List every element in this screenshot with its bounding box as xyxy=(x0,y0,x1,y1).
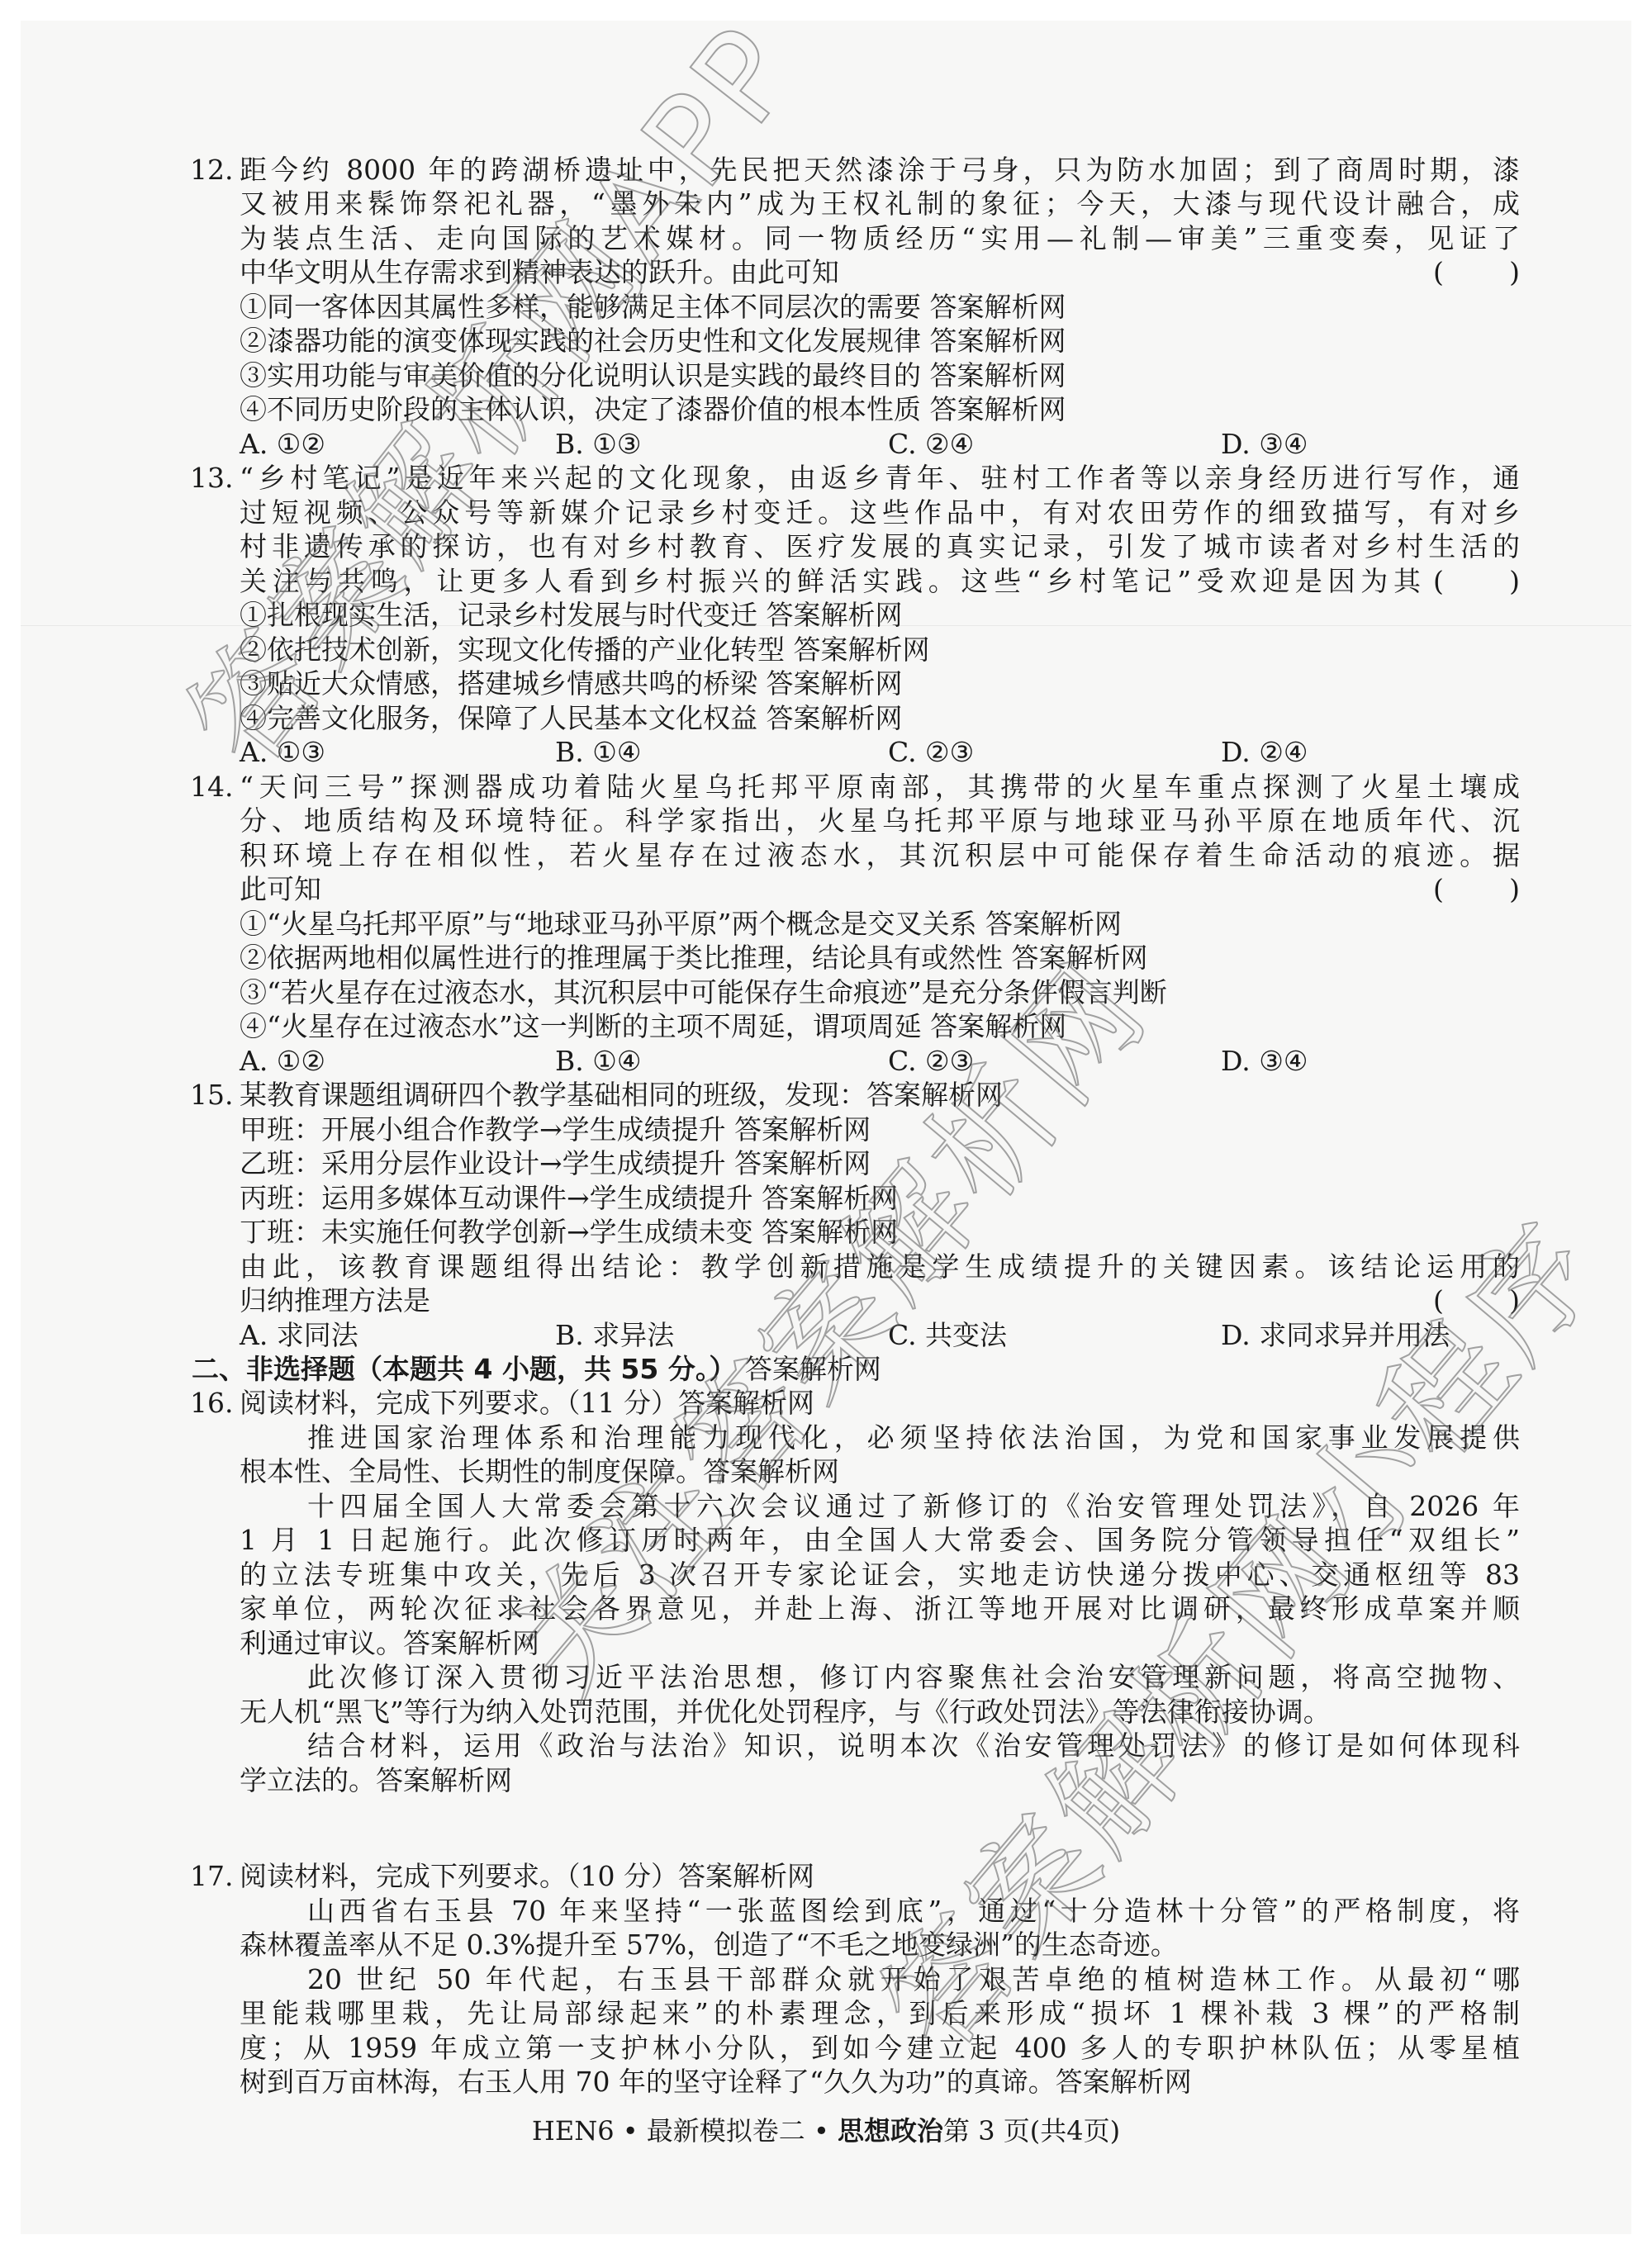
statement: ③实用功能与审美价值的分化说明认识是实践的最终目的 答案解析网 xyxy=(240,358,1066,392)
material-line: 推进国家治理体系和治理能力现代化，必须坚持依法治国，为党和国家事业发展提供 xyxy=(307,1421,1520,1454)
option-b[interactable]: B. 求异法 xyxy=(555,1318,674,1352)
material-line: 家单位，两轮次征求社会各界意见，并赴上海、浙江等地开展对比调研，最终形成草案并顺 xyxy=(240,1592,1520,1625)
question-number: 12. xyxy=(190,153,233,187)
option-c[interactable]: C. 共变法 xyxy=(888,1318,1007,1352)
option-a[interactable]: A. ①③ xyxy=(240,735,325,769)
option-d[interactable]: D. ③④ xyxy=(1221,427,1308,461)
question-number: 15. xyxy=(190,1078,233,1112)
answer-blank[interactable]: ( ) xyxy=(1433,255,1520,289)
question-stem-line: 又被用来髹饰祭祀礼器，“墨外朱内”成为王权礼制的象征；今天，大漆与现代设计融合，… xyxy=(240,187,1520,221)
statement: ②依托技术创新，实现文化传播的产业化转型 答案解析网 xyxy=(240,633,930,667)
material-line: 十四届全国人大常委会第十六次会议通过了新修订的《治安管理处罚法》，自 2026 … xyxy=(307,1489,1520,1523)
statement: ③“若火星存在过液态水，其沉积层中可能保存生命痕迹”是充分条件假言判断 xyxy=(240,975,1167,1009)
material-line: 山西省右玉县 70 年来坚持“一张蓝图绘到底”，通过“十分造林十分管”的严格制度… xyxy=(307,1894,1520,1928)
question-stem-line: 为装点生活、走向国际的艺术媒材。同一物质经历“实用—礼制—审美”三重变奏，见证了 xyxy=(240,221,1520,255)
option-b[interactable]: B. ①④ xyxy=(555,1044,641,1078)
paren-open: ( xyxy=(1433,1283,1444,1317)
question-requirement: 结合材料，运用《政治与法治》知识，说明本次《治安管理处罚法》的修订是如何体现科 xyxy=(307,1729,1520,1762)
question-stem-line: 积环境上存在相似性，若火星存在过液态水，其沉积层中可能保存着生命活动的痕迹。据 xyxy=(240,838,1520,872)
question-stem-line: 距今约 8000 年的跨湖桥遗址中，先民把天然漆涂于弓身，只为防水加固；到了商周… xyxy=(240,153,1520,187)
question-stem-line: 中华文明从生存需求到精神表达的跃升。由此可知 xyxy=(240,255,839,289)
footer-separator: • xyxy=(623,2115,638,2147)
answer-area[interactable] xyxy=(240,1800,1520,1850)
question-stem-line: 由此，该教育课题组得出结论：教学创新措施是学生成绩提升的关键因素。该结论运用的 xyxy=(240,1250,1520,1283)
material-line: 的立法专班集中攻关，先后 3 次召开专家论证会，实地走访快递分拨中心、交通枢纽等… xyxy=(240,1558,1520,1592)
question-number: 13. xyxy=(190,461,233,495)
option-d[interactable]: D. ③④ xyxy=(1221,1044,1308,1078)
material-line: 里能栽哪里栽，先让局部绿起来”的朴素理念，到后来形成“损坏 1 棵补栽 3 棵”… xyxy=(240,1996,1520,2030)
option-a[interactable]: A. ①② xyxy=(240,1044,325,1078)
answer-blank[interactable]: ( ) xyxy=(1433,564,1520,598)
statement: ④完善文化服务，保障了人民基本文化权益 答案解析网 xyxy=(240,701,903,735)
statement: ②依据两地相似属性进行的推理属于类比推理，结论具有或然性 答案解析网 xyxy=(240,941,1148,975)
question-number: 14. xyxy=(190,770,233,804)
footer-separator: • xyxy=(814,2115,829,2147)
exam-subject: 思想政治 xyxy=(838,2115,943,2147)
question-stem-line: “乡村笔记”是近年来兴起的文化现象，由返乡青年、驻村工作者等以亲身经历进行写作，… xyxy=(240,461,1520,495)
statement: ④“火星存在过液态水”这一判断的主项不周延，谓项周延 答案解析网 xyxy=(240,1009,1066,1043)
paren-open: ( xyxy=(1433,255,1444,289)
class-finding-jia: 甲班：开展小组合作教学→学生成绩提升 答案解析网 xyxy=(240,1113,871,1146)
material-line: 20 世纪 50 年代起，右玉县干部群众就开始了艰苦卓绝的植树造林工作。从最初“… xyxy=(307,1962,1520,1996)
question-requirement: 学立法的。答案解析网 xyxy=(240,1763,512,1797)
section-title: 二、非选择题（本题共 4 小题，共 55 分。） xyxy=(192,1353,736,1385)
option-a[interactable]: A. 求同法 xyxy=(240,1318,358,1352)
option-a[interactable]: A. ①② xyxy=(240,427,325,461)
question-stem-line: 此可知 xyxy=(240,872,321,906)
material-line: 无人机“黑飞”等行为纳入处罚范围，并优化处罚程序，与《行政处罚法》等法律衔接协调… xyxy=(240,1695,1331,1729)
question-stem-line: 村非遗传承的探访，也有对乡村教育、医疗发展的真实记录，引发了城市读者对乡村生活的 xyxy=(240,529,1520,563)
question-stem-line: 分、地质结构及环境特征。科学家指出，火星乌托邦平原与地球亚马孙平原在地质年代、沉 xyxy=(240,804,1520,837)
page-footer: HEN6 • 最新模拟卷二 • 思想政治第 3 页(共4页) xyxy=(0,2114,1652,2147)
paren-close: ) xyxy=(1509,1283,1520,1317)
question-number: 16. xyxy=(190,1386,233,1420)
material-line: 度；从 1959 年成立第一支护林小分队，到如今建立起 400 多人的专职护林队… xyxy=(240,2031,1520,2065)
statement: ①扎根现实生活，记录乡村发展与时代变迁 答案解析网 xyxy=(240,598,903,632)
material-line: 1 月 1 日起施行。此次修订历时两年，由全国人大常委会、国务院分管领导担任“双… xyxy=(240,1523,1520,1557)
option-d[interactable]: D. ②④ xyxy=(1221,735,1308,769)
exam-series: 最新模拟卷二 xyxy=(647,2115,805,2147)
material-line: 根本性、全局性、长期性的制度保障。答案解析网 xyxy=(240,1454,839,1488)
class-finding-bing: 丙班：运用多媒体互动课件→学生成绩提升 答案解析网 xyxy=(240,1181,898,1215)
class-finding-ding: 丁班：未实施任何教学创新→学生成绩未变 答案解析网 xyxy=(240,1215,898,1249)
question-stem-line: 关注与共鸣，让更多人看到乡村振兴的鲜活实践。这些“乡村笔记”受欢迎是因为其 xyxy=(240,564,1421,598)
statement: ③贴近大众情感，搭建城乡情感共鸣的桥梁 答案解析网 xyxy=(240,667,903,700)
statement: ④不同历史阶段的主体认识，决定了漆器价值的根本性质 答案解析网 xyxy=(240,392,1066,426)
question-prompt: 阅读材料，完成下列要求。（10 分）答案解析网 xyxy=(240,1859,814,1893)
material-line: 树到百万亩林海，右玉人用 70 年的坚守诠释了“久久为功”的真谛。答案解析网 xyxy=(240,2065,1192,2099)
paren-open: ( xyxy=(1433,872,1444,906)
question-stem-line: “天问三号”探测器成功着陆火星乌托邦平原南部，其携带的火星车重点探测了火星土壤成 xyxy=(240,770,1520,804)
option-c[interactable]: C. ②③ xyxy=(888,1044,974,1078)
question-prompt: 阅读材料，完成下列要求。（11 分）答案解析网 xyxy=(240,1386,814,1420)
question-number: 17. xyxy=(190,1859,233,1893)
paren-close: ) xyxy=(1509,255,1520,289)
paren-close: ) xyxy=(1509,564,1520,598)
section-suffix: 答案解析网 xyxy=(745,1353,881,1385)
material-line: 森林覆盖率从不足 0.3%提升至 57%，创造了“不毛之地变绿洲”的生态奇迹。 xyxy=(240,1928,1178,1962)
question-stem-line: 某教育课题组调研四个教学基础相同的班级，发现：答案解析网 xyxy=(240,1078,1003,1112)
question-stem-line: 过短视频、公众号等新媒介记录乡村变迁。这些作品中，有对农田劳作的细致描写，有对乡 xyxy=(240,496,1520,529)
page-indicator: 第 3 页(共4页) xyxy=(943,2115,1120,2147)
exam-code: HEN6 xyxy=(532,2115,615,2147)
option-b[interactable]: B. ①④ xyxy=(555,735,641,769)
statement: ①同一客体因其属性多样，能够满足主体不同层次的需要 答案解析网 xyxy=(240,290,1066,324)
question-stem-line: 归纳推理方法是 xyxy=(240,1283,430,1317)
option-b[interactable]: B. ①③ xyxy=(555,427,641,461)
option-c[interactable]: C. ②④ xyxy=(888,427,974,461)
material-line: 利通过审议。答案解析网 xyxy=(240,1626,539,1660)
section-header: 二、非选择题（本题共 4 小题，共 55 分。） 答案解析网 xyxy=(192,1352,881,1386)
class-finding-yi: 乙班：采用分层作业设计→学生成绩提升 答案解析网 xyxy=(240,1146,871,1180)
option-c[interactable]: C. ②③ xyxy=(888,735,974,769)
paren-open: ( xyxy=(1433,564,1444,598)
statement: ②漆器功能的演变体现实践的社会历史性和文化发展规律 答案解析网 xyxy=(240,324,1066,358)
statement: ①“火星乌托邦平原”与“地球亚马孙平原”两个概念是交叉关系 答案解析网 xyxy=(240,907,1122,941)
answer-blank[interactable]: ( ) xyxy=(1433,872,1520,906)
option-d[interactable]: D. 求同求异并用法 xyxy=(1221,1318,1450,1352)
answer-blank[interactable]: ( ) xyxy=(1433,1283,1520,1317)
material-line: 此次修订深入贯彻习近平法治思想，修订内容聚焦社会治安管理新问题，将高空抛物、 xyxy=(307,1660,1520,1694)
paren-close: ) xyxy=(1509,872,1520,906)
